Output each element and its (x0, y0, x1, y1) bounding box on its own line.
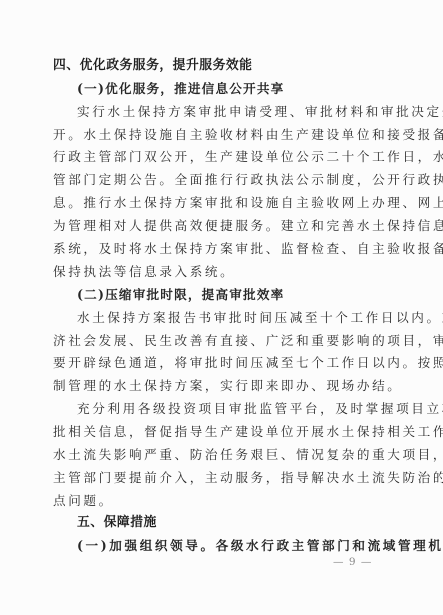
body-line: 水土流失影响严重、防治任务艰巨、情况复杂的重大项目，水行政 (53, 445, 383, 465)
subsection-heading-5-1: (一)加强组织领导。各级水行政主管部门和流域管理机构要 (77, 536, 383, 556)
subsection-heading-4-2: (二)压缩审批时限，提高审批效率 (77, 285, 284, 305)
section-heading-4: 四、优化政务服务，提升服务效能 (53, 56, 252, 76)
body-line: 行政主管部门双公开，生产建设单位公示二十个工作日，水行政主 (53, 147, 383, 167)
body-line: 为管理相对人提供高效便捷服务。建立和完善水土保持信息管理 (53, 216, 383, 236)
body-line: 点问题。 (53, 491, 114, 511)
body-line: 实行水土保持方案审批申请受理、审批材料和审批决定全公 (77, 102, 383, 122)
body-line: 主管部门要提前介入，主动服务，指导解决水土流失防治的重点难 (53, 468, 383, 488)
document-page: 四、优化政务服务，提升服务效能 (一)优化服务，推进信息公开共享 实行水土保持方… (0, 0, 443, 615)
body-line: 系统，及时将水土保持方案审批、监督检查、自主验收报备及水土 (53, 239, 383, 259)
body-line: 制管理的水土保持方案，实行即来即办、现场办结。 (53, 376, 402, 396)
body-line: 管部门定期公告。全面推行行政执法公示制度，公开行政执法信 (53, 170, 383, 190)
body-line: 开。水土保持设施自主验收材料由生产建设单位和接受报备的水 (53, 125, 383, 145)
body-line: 充分利用各级投资项目审批监管平台，及时掌握项目立项审 (77, 399, 383, 419)
body-line: 水土保持方案报告书审批时间压减至十个工作日以内。对经 (77, 308, 383, 328)
section-heading-5: 五、保障措施 (77, 513, 157, 533)
subsection-heading-4-1: (一)优化服务，推进信息公开共享 (77, 79, 284, 99)
body-line: 要开辟绿色通道，将审批时间压减至七个工作日以内。按照承诺 (53, 353, 383, 373)
body-line: 保持执法等信息录入系统。 (53, 262, 235, 282)
body-line: 批相关信息，督促指导生产建设单位开展水土保持相关工作。对 (53, 422, 383, 442)
body-line: 济社会发展、民生改善有直接、广泛和重要影响的项目，审批部门 (53, 331, 383, 351)
body-line: 息。推行水土保持方案审批和设施自主验收网上办理、网上报备， (53, 193, 383, 213)
page-number: — 9 — (333, 556, 372, 568)
